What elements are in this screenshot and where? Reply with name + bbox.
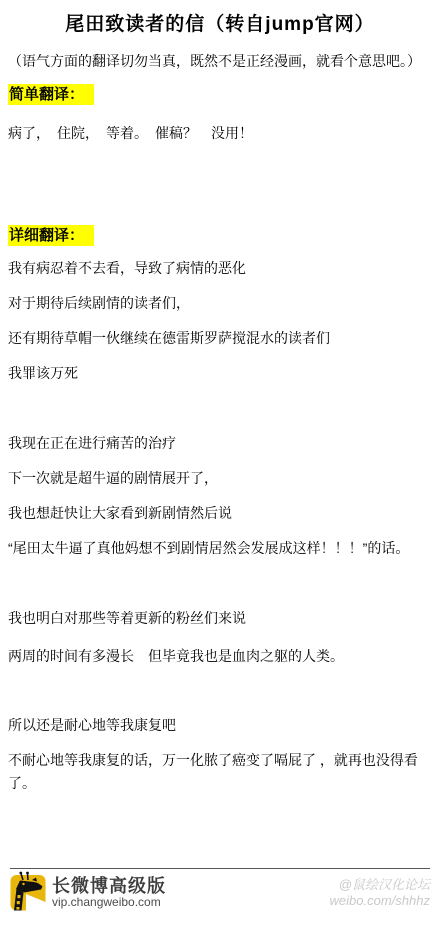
body-line: 我也想赶快让大家看到新剧情然后说 — [8, 502, 432, 524]
body-line: 不耐心地等我康复的话，万一化脓了癌变了嗝屁了 ，就再也没得看了。 — [8, 749, 432, 795]
giraffe-logo-icon — [10, 871, 47, 911]
body-line: 对于期待后续剧情的读者们， — [8, 292, 432, 314]
brand-text-block: 长微博高级版 vip.changweibo.com — [52, 877, 166, 909]
body-line: 我也明白对那些等着更新的粉丝们来说 — [8, 607, 432, 629]
highlighted-heading: 详细翻译： — [8, 225, 94, 246]
body-line: 下一次就是超牛逼的剧情展开了， — [8, 467, 432, 489]
credit-handle: @鼠绘汉化论坛 — [330, 877, 430, 893]
body-line: 所以还是耐心地等我康复吧 — [8, 714, 432, 736]
brand-name: 长微博高级版 — [52, 877, 166, 896]
body-line: 两周的时间有多漫长 但毕竟我也是血肉之躯的人类。 — [8, 645, 432, 667]
long-weibo-page: 尾田致读者的信（转自jump官网） （语气方面的翻译切勿当真，既然不是正经漫画，… — [0, 0, 440, 931]
body-line: 我现在正在进行痛苦的治疗 — [8, 432, 432, 454]
changweibo-brand: 长微博高级版 vip.changweibo.com — [10, 875, 166, 911]
body-line: “尾田太牛逼了真他妈想不到剧情居然会发展成这样！！！”的话。 — [8, 537, 432, 559]
letter-body: 尾田致读者的信（转自jump官网） （语气方面的翻译切勿当真，既然不是正经漫画，… — [0, 0, 440, 795]
detailed-translation-heading: 详细翻译： — [8, 225, 432, 246]
watermark-footer: 长微博高级版 vip.changweibo.com @鼠绘汉化论坛 weibo.… — [0, 868, 440, 931]
author-credit: @鼠绘汉化论坛 weibo.com/shhhz — [330, 877, 430, 909]
body-line: 我罪该万死 — [8, 362, 432, 384]
body-line: 我有病忍着不去看，导致了病情的恶化 — [8, 257, 432, 279]
translator-note: （语气方面的翻译切勿当真，既然不是正经漫画，就看个意思吧。） — [8, 51, 432, 71]
brand-url: vip.changweibo.com — [52, 896, 166, 909]
simple-translation-line: 病了， 住院， 等着。 催稿？ 没用！ — [8, 122, 432, 144]
simple-translation-heading: 简单翻译： — [8, 84, 432, 105]
page-title: 尾田致读者的信（转自jump官网） — [8, 0, 432, 38]
highlighted-heading: 简单翻译： — [8, 84, 94, 105]
credit-url: weibo.com/shhhz — [330, 893, 430, 909]
body-line: 还有期待草帽一伙继续在德雷斯罗萨搅混水的读者们 — [8, 327, 432, 349]
